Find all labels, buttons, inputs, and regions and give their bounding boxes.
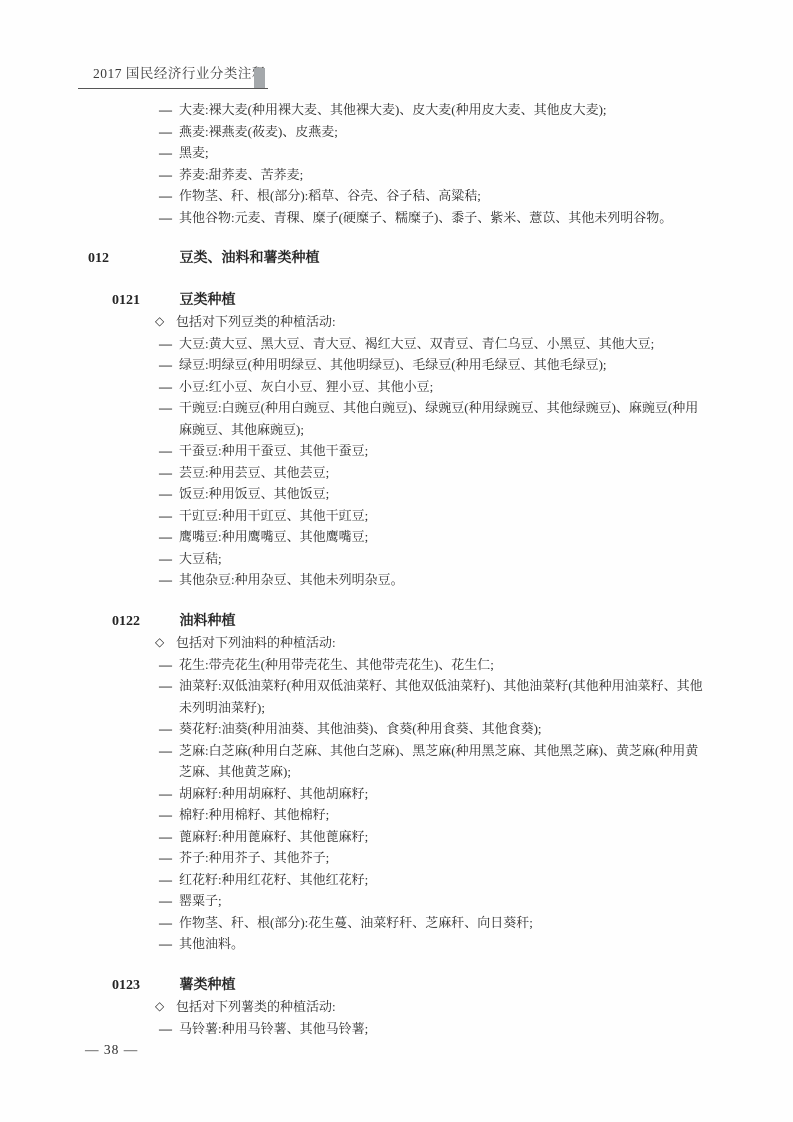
subsection-code: 0123 xyxy=(112,975,176,997)
list-item: — 胡麻籽:种用胡麻籽、其他胡麻籽; xyxy=(0,783,793,805)
list-item: — 其他谷物:元麦、青稞、糜子(硬糜子、糯糜子)、黍子、紫米、薏苡、其他未列明谷… xyxy=(0,207,793,229)
list-item-text: 芝麻:白芝麻(种用白芝麻、其他白芝麻)、黑芝麻(种用黑芝麻、其他黑芝麻)、黄芝麻… xyxy=(179,740,703,783)
list-item-text: 红花籽:种用红花籽、其他红花籽; xyxy=(179,869,703,891)
list-item: — 燕麦:裸燕麦(莜麦)、皮燕麦; xyxy=(0,121,793,143)
list-item: — 棉籽:种用棉籽、其他棉籽; xyxy=(0,804,793,826)
list-item: — 干豌豆:白豌豆(种用白豌豆、其他白豌豆)、绿豌豆(种用绿豌豆、其他绿豌豆)、… xyxy=(0,397,793,440)
diamond-bullet: ◇ xyxy=(155,632,176,654)
subsection-heading-0123: 0123 薯类种植 xyxy=(0,975,793,997)
list-item-text: 绿豆:明绿豆(种用明绿豆、其他明绿豆)、毛绿豆(种用毛绿豆、其他毛绿豆); xyxy=(179,354,703,376)
subsection-title: 薯类种植 xyxy=(180,978,236,993)
dash-bullet: — xyxy=(159,483,179,505)
diamond-bullet: ◇ xyxy=(155,311,176,333)
dash-bullet: — xyxy=(159,440,179,462)
list-item: — 花生:带壳花生(种用带壳花生、其他带壳花生)、花生仁; xyxy=(0,654,793,676)
oilseed-items-list: — 花生:带壳花生(种用带壳花生、其他带壳花生)、花生仁; — 油菜籽:双低油菜… xyxy=(0,654,793,955)
subsection-code: 0122 xyxy=(112,611,176,633)
document-page: 2017 国民经济行业分类注释 — 大麦:裸大麦(种用裸大麦、其他裸大麦)、皮大… xyxy=(0,0,793,1122)
dash-bullet: — xyxy=(159,783,179,805)
diamond-bullet: ◇ xyxy=(155,996,176,1018)
list-item: — 芝麻:白芝麻(种用白芝麻、其他白芝麻)、黑芝麻(种用黑芝麻、其他黑芝麻)、黄… xyxy=(0,740,793,783)
list-item-text: 大豆:黄大豆、黑大豆、青大豆、褐红大豆、双青豆、青仁乌豆、小黑豆、其他大豆; xyxy=(179,333,703,355)
list-item-text: 芸豆:种用芸豆、其他芸豆; xyxy=(179,462,703,484)
section-heading-012: 012 豆类、油料和薯类种植 xyxy=(0,248,793,270)
list-item-text: 其他油料。 xyxy=(179,933,703,955)
dash-bullet: — xyxy=(159,354,179,376)
dash-bullet: — xyxy=(159,333,179,355)
list-item-text: 胡麻籽:种用胡麻籽、其他胡麻籽; xyxy=(179,783,703,805)
list-item: — 荞麦:甜荞麦、苦荞麦; xyxy=(0,164,793,186)
includes-note: ◇ 包括对下列油料的种植活动: xyxy=(0,632,793,654)
dash-bullet: — xyxy=(159,740,179,783)
section-code: 012 xyxy=(88,248,176,270)
dash-bullet: — xyxy=(159,718,179,740)
list-item-text: 作物茎、秆、根(部分):花生蔓、油菜籽秆、芝麻秆、向日葵秆; xyxy=(179,912,703,934)
document-body: — 大麦:裸大麦(种用裸大麦、其他裸大麦)、皮大麦(种用皮大麦、其他皮大麦); … xyxy=(0,99,793,1060)
list-item-text: 芥子:种用芥子、其他芥子; xyxy=(179,847,703,869)
list-item-text: 罂粟子; xyxy=(179,890,703,912)
dash-bullet: — xyxy=(159,397,179,440)
list-item: — 饭豆:种用饭豆、其他饭豆; xyxy=(0,483,793,505)
list-item: — 芥子:种用芥子、其他芥子; xyxy=(0,847,793,869)
list-item: — 其他杂豆:种用杂豆、其他未列明杂豆。 xyxy=(0,569,793,591)
dash-bullet: — xyxy=(159,804,179,826)
list-item-text: 干豌豆:白豌豆(种用白豌豆、其他白豌豆)、绿豌豆(种用绿豌豆、其他绿豌豆)、麻豌… xyxy=(179,397,703,440)
list-item-text: 花生:带壳花生(种用带壳花生、其他带壳花生)、花生仁; xyxy=(179,654,703,676)
list-item-text: 大麦:裸大麦(种用裸大麦、其他裸大麦)、皮大麦(种用皮大麦、其他皮大麦); xyxy=(179,99,703,121)
list-item-text: 鹰嘴豆:种用鹰嘴豆、其他鹰嘴豆; xyxy=(179,526,703,548)
subsection-title: 豆类种植 xyxy=(180,293,236,308)
subsection-title: 油料种植 xyxy=(180,614,236,629)
page-footer: — 38 — xyxy=(0,1039,793,1060)
list-item-text: 黑麦; xyxy=(179,142,703,164)
dash-bullet: — xyxy=(159,933,179,955)
list-item-text: 干豇豆:种用干豇豆、其他干豇豆; xyxy=(179,505,703,527)
page-header: 2017 国民经济行业分类注释 xyxy=(78,62,268,89)
list-item-text: 作物茎、秆、根(部分):稻草、谷壳、谷子秸、高粱秸; xyxy=(179,185,703,207)
list-item-text: 饭豆:种用饭豆、其他饭豆; xyxy=(179,483,703,505)
list-item: — 小豆:红小豆、灰白小豆、狸小豆、其他小豆; xyxy=(0,376,793,398)
dash-bullet: — xyxy=(159,869,179,891)
dash-bullet: — xyxy=(159,675,179,718)
list-item: — 马铃薯:种用马铃薯、其他马铃薯; xyxy=(0,1018,793,1040)
list-item: — 大豆秸; xyxy=(0,548,793,570)
grain-items-list: — 大麦:裸大麦(种用裸大麦、其他裸大麦)、皮大麦(种用皮大麦、其他皮大麦); … xyxy=(0,99,793,228)
dash-bullet: — xyxy=(159,376,179,398)
list-item: — 鹰嘴豆:种用鹰嘴豆、其他鹰嘴豆; xyxy=(0,526,793,548)
dash-bullet: — xyxy=(159,890,179,912)
includes-note: ◇ 包括对下列豆类的种植活动: xyxy=(0,311,793,333)
list-item-text: 其他杂豆:种用杂豆、其他未列明杂豆。 xyxy=(179,569,703,591)
dash-bullet: — xyxy=(159,462,179,484)
includes-note-text: 包括对下列豆类的种植活动: xyxy=(176,311,336,333)
list-item: — 大麦:裸大麦(种用裸大麦、其他裸大麦)、皮大麦(种用皮大麦、其他皮大麦); xyxy=(0,99,793,121)
dash-bullet: — xyxy=(159,121,179,143)
list-item: — 绿豆:明绿豆(种用明绿豆、其他明绿豆)、毛绿豆(种用毛绿豆、其他毛绿豆); xyxy=(0,354,793,376)
subsection-code: 0121 xyxy=(112,290,176,312)
list-item: — 红花籽:种用红花籽、其他红花籽; xyxy=(0,869,793,891)
subsection-heading-0121: 0121 豆类种植 xyxy=(0,290,793,312)
section-title: 豆类、油料和薯类种植 xyxy=(180,251,320,266)
includes-note-text: 包括对下列薯类的种植活动: xyxy=(176,996,336,1018)
subsection-heading-0122: 0122 油料种植 xyxy=(0,611,793,633)
header-bookmark-mark xyxy=(254,68,265,88)
dash-bullet: — xyxy=(159,505,179,527)
list-item: — 油菜籽:双低油菜籽(种用双低油菜籽、其他双低油菜籽)、其他油菜籽(其他种用油… xyxy=(0,675,793,718)
dash-bullet: — xyxy=(159,826,179,848)
dash-bullet: — xyxy=(159,654,179,676)
list-item: — 干豇豆:种用干豇豆、其他干豇豆; xyxy=(0,505,793,527)
list-item-text: 棉籽:种用棉籽、其他棉籽; xyxy=(179,804,703,826)
list-item-text: 其他谷物:元麦、青稞、糜子(硬糜子、糯糜子)、黍子、紫米、薏苡、其他未列明谷物。 xyxy=(179,207,703,229)
list-item-text: 大豆秸; xyxy=(179,548,703,570)
list-item-text: 蓖麻籽:种用蓖麻籽、其他蓖麻籽; xyxy=(179,826,703,848)
dash-bullet: — xyxy=(159,569,179,591)
list-item: — 干蚕豆:种用干蚕豆、其他干蚕豆; xyxy=(0,440,793,462)
list-item-text: 油菜籽:双低油菜籽(种用双低油菜籽、其他双低油菜籽)、其他油菜籽(其他种用油菜籽… xyxy=(179,675,703,718)
includes-note-text: 包括对下列油料的种植活动: xyxy=(176,632,336,654)
list-item: — 葵花籽:油葵(种用油葵、其他油葵)、食葵(种用食葵、其他食葵); xyxy=(0,718,793,740)
dash-bullet: — xyxy=(159,185,179,207)
list-item: — 作物茎、秆、根(部分):花生蔓、油菜籽秆、芝麻秆、向日葵秆; xyxy=(0,912,793,934)
list-item: — 大豆:黄大豆、黑大豆、青大豆、褐红大豆、双青豆、青仁乌豆、小黑豆、其他大豆; xyxy=(0,333,793,355)
list-item-text: 葵花籽:油葵(种用油葵、其他油葵)、食葵(种用食葵、其他食葵); xyxy=(179,718,703,740)
dash-bullet: — xyxy=(159,99,179,121)
bean-items-list: — 大豆:黄大豆、黑大豆、青大豆、褐红大豆、双青豆、青仁乌豆、小黑豆、其他大豆;… xyxy=(0,333,793,591)
list-item: — 黑麦; xyxy=(0,142,793,164)
list-item: — 其他油料。 xyxy=(0,933,793,955)
list-item: — 蓖麻籽:种用蓖麻籽、其他蓖麻籽; xyxy=(0,826,793,848)
list-item: — 罂粟子; xyxy=(0,890,793,912)
dash-bullet: — xyxy=(159,1018,179,1040)
dash-bullet: — xyxy=(159,548,179,570)
includes-note: ◇ 包括对下列薯类的种植活动: xyxy=(0,996,793,1018)
list-item-text: 燕麦:裸燕麦(莜麦)、皮燕麦; xyxy=(179,121,703,143)
dash-bullet: — xyxy=(159,912,179,934)
list-item-text: 干蚕豆:种用干蚕豆、其他干蚕豆; xyxy=(179,440,703,462)
page-number: — 38 — xyxy=(85,1042,138,1057)
list-item-text: 荞麦:甜荞麦、苦荞麦; xyxy=(179,164,703,186)
dash-bullet: — xyxy=(159,142,179,164)
list-item: — 作物茎、秆、根(部分):稻草、谷壳、谷子秸、高粱秸; xyxy=(0,185,793,207)
dash-bullet: — xyxy=(159,847,179,869)
list-item-text: 小豆:红小豆、灰白小豆、狸小豆、其他小豆; xyxy=(179,376,703,398)
header-title: 2017 国民经济行业分类注释 xyxy=(93,66,266,81)
tuber-items-list: — 马铃薯:种用马铃薯、其他马铃薯; xyxy=(0,1018,793,1040)
dash-bullet: — xyxy=(159,164,179,186)
list-item-text: 马铃薯:种用马铃薯、其他马铃薯; xyxy=(179,1018,703,1040)
dash-bullet: — xyxy=(159,207,179,229)
dash-bullet: — xyxy=(159,526,179,548)
list-item: — 芸豆:种用芸豆、其他芸豆; xyxy=(0,462,793,484)
